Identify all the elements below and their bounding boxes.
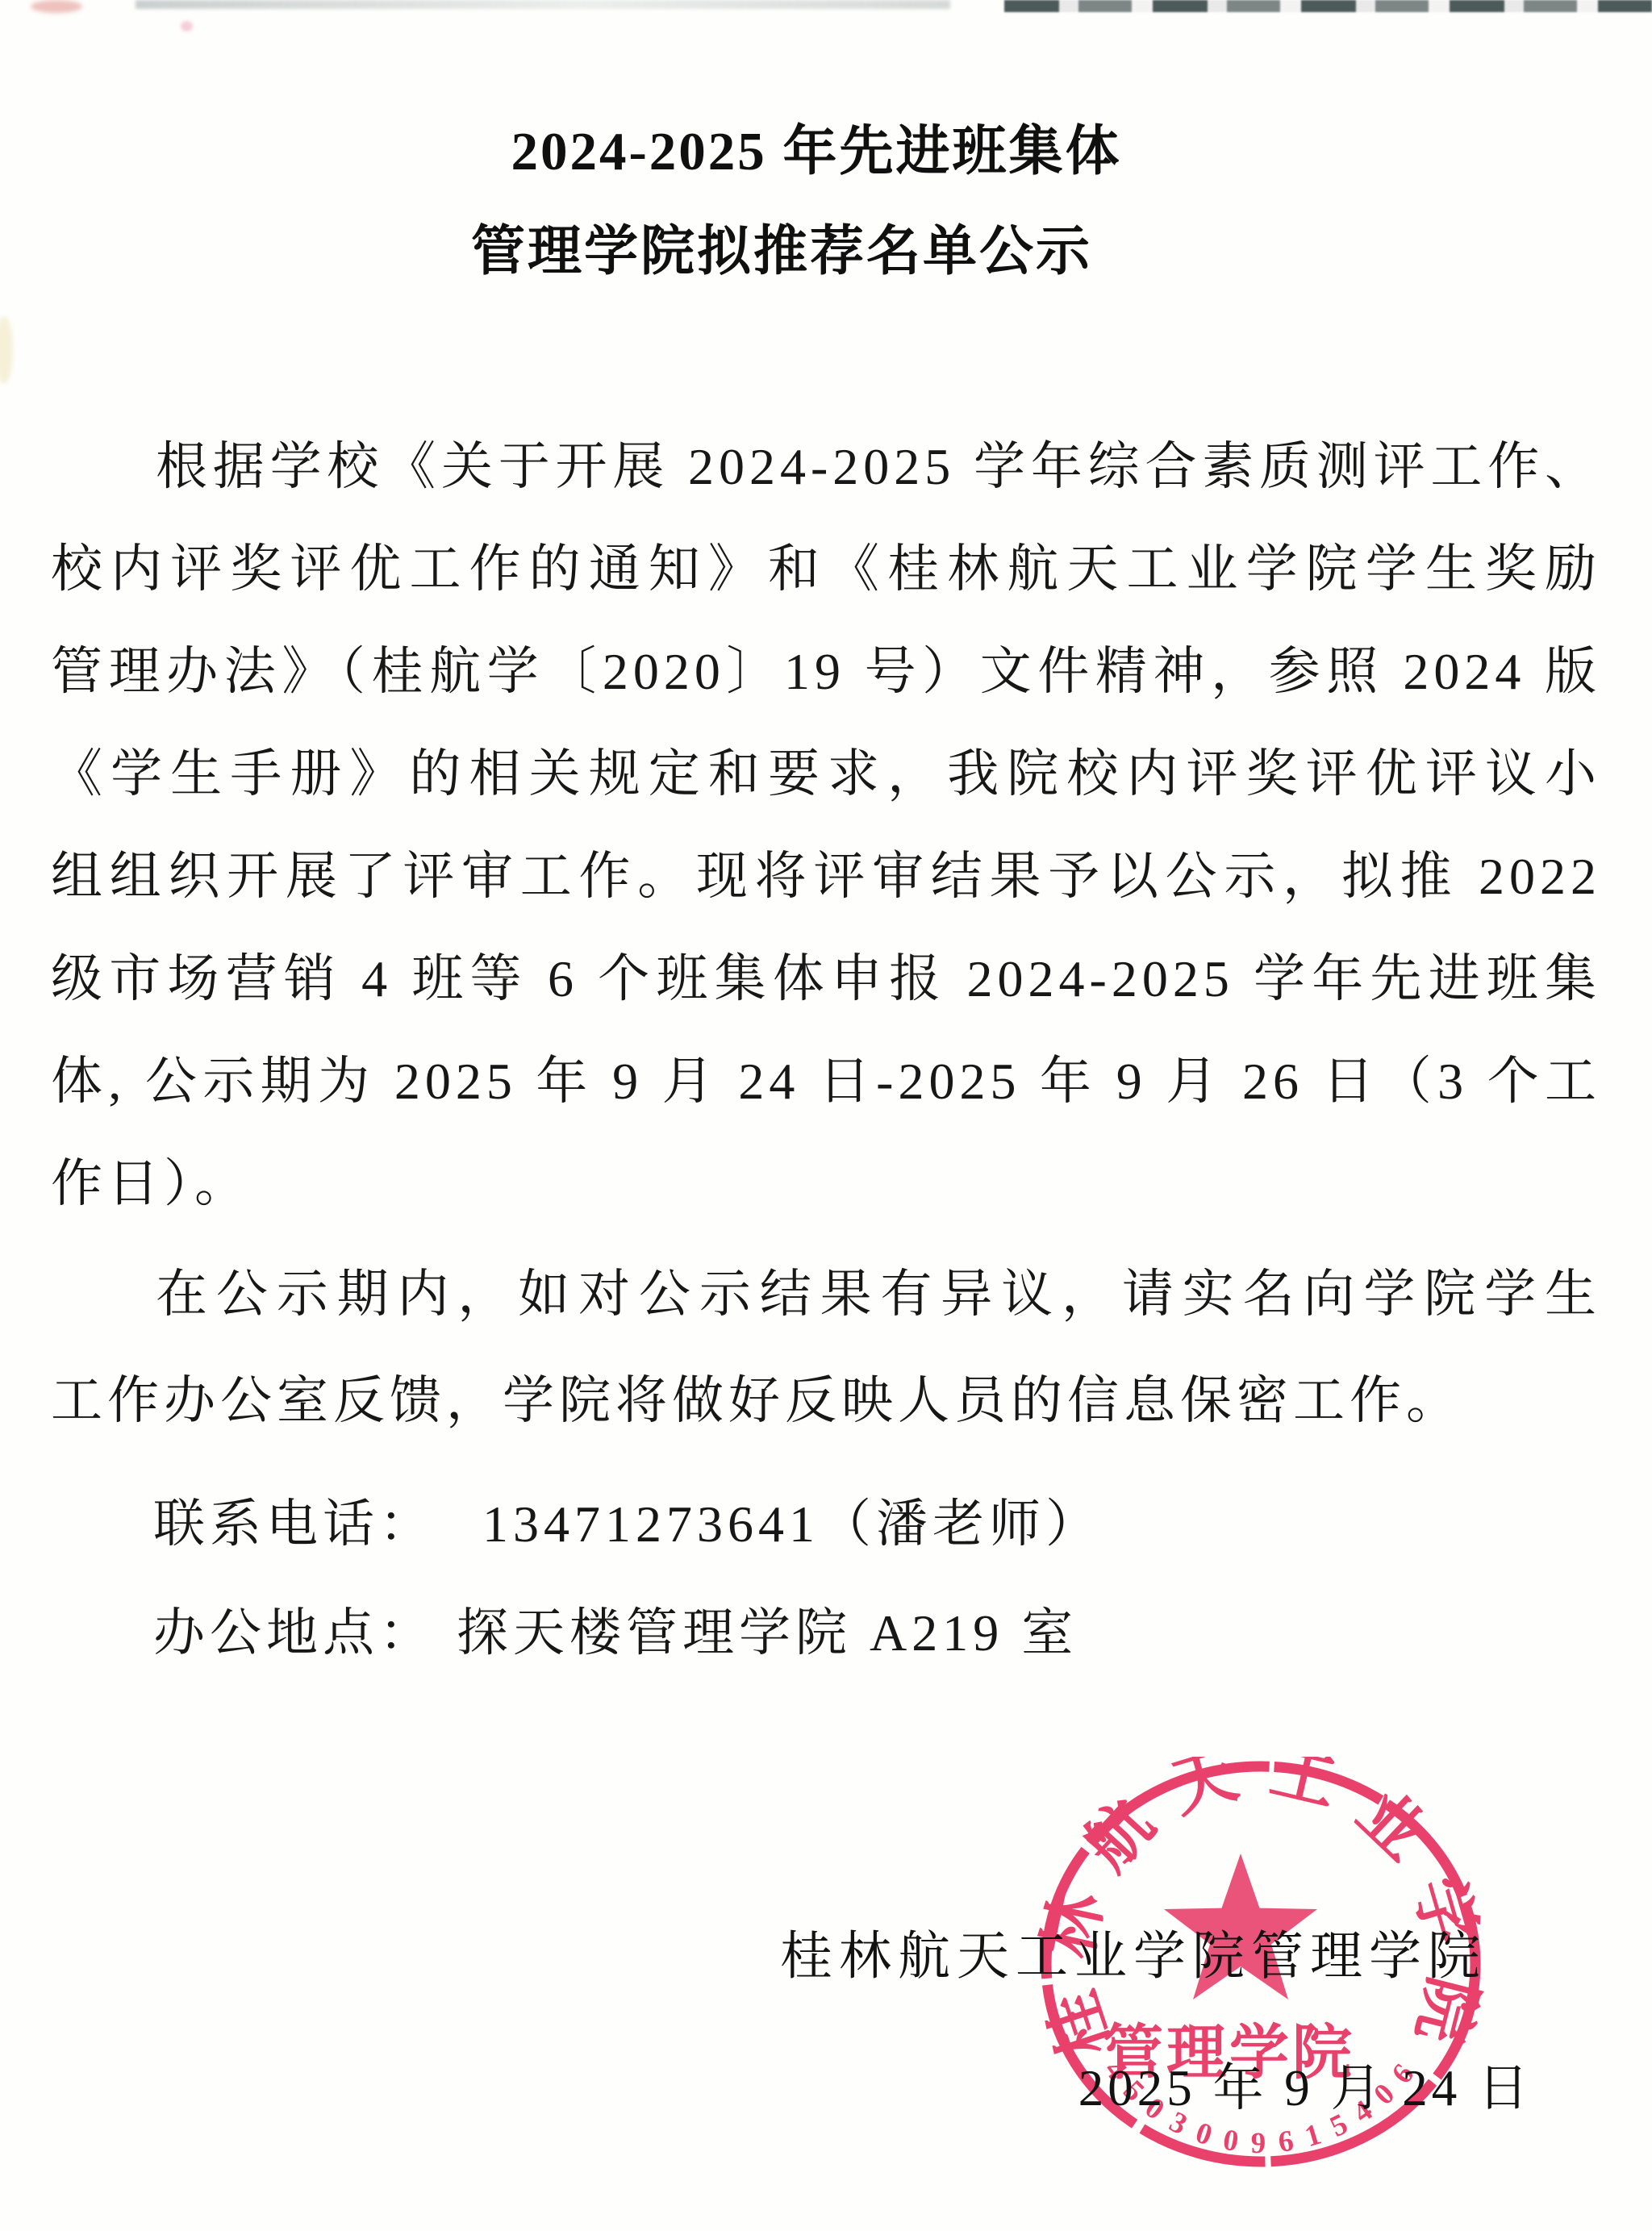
scan-artifact-yellow-speck: [0, 316, 13, 384]
signature-organization: 桂林航天工业学院管理学院: [780, 1913, 1487, 1989]
contact-phone-label: 联系电话：: [153, 1495, 436, 1553]
office-location-line: 办公地点：探天楼管理学院 A219 室: [153, 1591, 1078, 1666]
paragraph1-line: 体, 公示期为 2025 年 9 月 24 日-2025 年 9 月 26 日（…: [51, 1052, 1601, 1111]
title-line-1: 2024-2025 年先进班集体: [0, 108, 1642, 186]
scan-artifact-top-cutoff-text: [1004, 0, 1652, 12]
contact-phone-line: 联系电话：13471273641（潘老师）: [153, 1482, 1102, 1557]
paragraph2-line: 在公示期内，如对公示结果有异议，请实名向学院学生: [51, 1265, 1601, 1324]
scan-artifact-red-speck: [31, 0, 82, 13]
scan-artifact-top-smudge: [136, 0, 950, 9]
paragraph2-line: 工作办公室反馈，学院将做好反映人员的信息保密工作。: [51, 1371, 1601, 1431]
paragraph1-line: 《学生手册》的相关规定和要求，我院校内评奖评优评议小: [51, 744, 1601, 804]
paragraph1-line: 组组织开展了评审工作。现将评审结果予以公示，拟推 2022: [51, 847, 1601, 907]
signature-date: 2025 年 9 月 24 日: [1078, 2047, 1533, 2120]
paragraph1-line: 校内评奖评优工作的通知》和《桂林航天工业学院学生奖励: [51, 540, 1601, 599]
contact-phone-value: 13471273641（潘老师）: [482, 1495, 1102, 1553]
paragraph1-line: 管理办法》（桂航学〔2020〕19 号）文件精神，参照 2024 版: [51, 642, 1601, 702]
title-line-2: 管理学院拟推荐名单公示: [0, 208, 1608, 286]
office-location-label: 办公地点：: [153, 1604, 436, 1662]
office-location-value: 探天楼管理学院 A219 室: [457, 1604, 1078, 1662]
paragraph1-line: 级市场营销 4 班等 6 个班集体申报 2024-2025 学年先进班集: [51, 949, 1601, 1009]
scan-artifact-pink-speck: [181, 21, 193, 31]
paragraph1-line: 根据学校《关于开展 2024-2025 学年综合素质测评工作、: [51, 437, 1601, 497]
paragraph1-line: 作日）。: [51, 1154, 1601, 1214]
scanned-notice-page: 2024-2025 年先进班集体 管理学院拟推荐名单公示 根据学校《关于开展 2…: [0, 0, 1652, 2231]
